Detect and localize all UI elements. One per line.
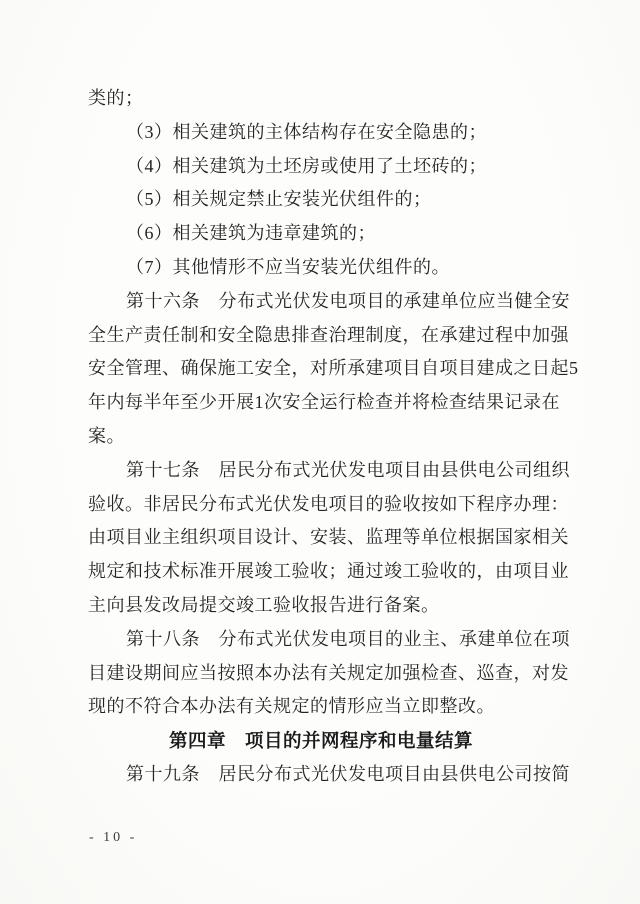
chapter-4-heading: 第四章 项目的并网程序和电量结算 [88, 724, 554, 758]
article-16-line-3: 安全管理、确保施工安全，对所承建项目自项目建成之日起5 [88, 352, 554, 386]
article-18-line-1: 第十八条 分布式光伏发电项目的业主、承建单位在项 [88, 623, 554, 657]
page-number: - 10 - [89, 830, 137, 846]
article-17-line-3: 由项目业主组织项目设计、安装、监理等单位根据国家相关 [88, 521, 554, 555]
article-18-line-2: 目建设期间应当按照本办法有关规定加强检查、巡查，对发 [88, 657, 554, 691]
article-17-line-5: 主向县发改局提交竣工验收报告进行备案。 [88, 589, 554, 623]
article-16-line-4: 年内每半年至少开展1次安全运行检查并将检查结果记录在 [88, 386, 554, 420]
article-17-line-1: 第十七条 居民分布式光伏发电项目由县供电公司组织 [88, 454, 554, 488]
list-item-7: （7）其他情形不应当安装光伏组件的。 [88, 251, 554, 285]
list-item-4: （4）相关建筑为土坯房或使用了土坯砖的； [88, 150, 554, 184]
article-18-line-3: 现的不符合本办法有关规定的情形应当立即整改。 [88, 690, 554, 724]
article-16-line-5: 案。 [88, 420, 554, 454]
article-19-line-1: 第十九条 居民分布式光伏发电项目由县供电公司按简 [88, 758, 554, 792]
continuation-line: 类的； [88, 82, 554, 116]
article-16-line-1: 第十六条 分布式光伏发电项目的承建单位应当健全安 [88, 285, 554, 319]
article-17-line-4: 规定和技术标准开展竣工验收；通过竣工验收的，由项目业 [88, 555, 554, 589]
list-item-6: （6）相关建筑为违章建筑的； [88, 217, 554, 251]
list-item-5: （5）相关规定禁止安装光伏组件的； [88, 183, 554, 217]
list-item-3: （3）相关建筑的主体结构存在安全隐患的； [88, 116, 554, 150]
scanned-page: 类的； （3）相关建筑的主体结构存在安全隐患的； （4）相关建筑为土坯房或使用了… [0, 0, 640, 904]
document-body: 类的； （3）相关建筑的主体结构存在安全隐患的； （4）相关建筑为土坯房或使用了… [88, 82, 554, 792]
article-17-line-2: 验收。非居民分布式光伏发电项目的验收按如下程序办理： [88, 488, 554, 522]
article-16-line-2: 全生产责任制和安全隐患排查治理制度，在承建过程中加强 [88, 319, 554, 353]
